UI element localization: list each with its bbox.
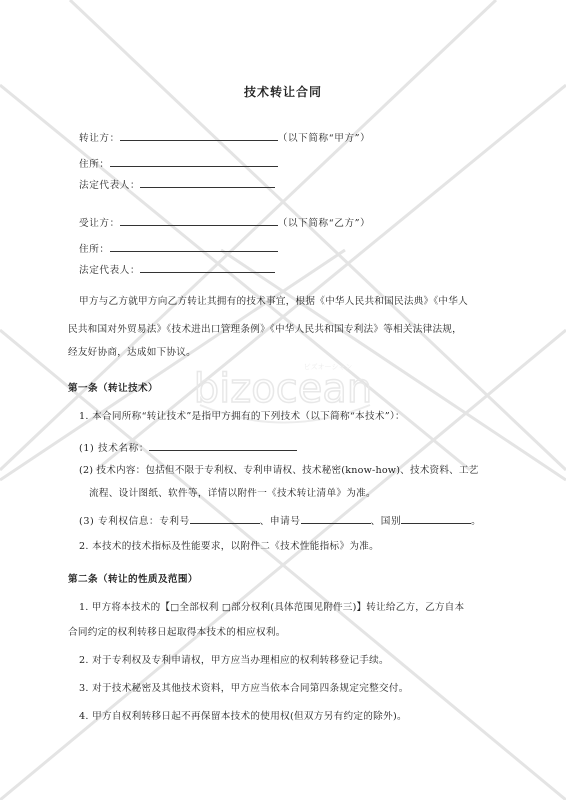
transferor-address-row: 住所： <box>79 156 278 171</box>
transferee-address-label: 住所： <box>79 244 110 255</box>
transferor-name-field[interactable] <box>120 130 278 141</box>
article-1-sub-2-line-2: 流程、设计图纸、软件等，详情以附件一《技术转让清单》为准。 <box>89 488 376 500</box>
document-title: 技术转让合同 <box>0 83 566 100</box>
transferor-party-suffix: （以下简称“甲方”） <box>278 133 371 144</box>
patent-number-field[interactable] <box>190 513 260 524</box>
article-1-sub-2-line-1: (2) 技术内容：包括但不限于专利权、专利申请权、技术秘密(know-how)、… <box>79 465 479 477</box>
article-1-heading: 第一条（转让技术） <box>68 383 158 395</box>
article-1-sub-3-prefix: (3) 专利权信息：专利号 <box>79 516 190 527</box>
article-1-sub-1-label: (1) 技术名称： <box>79 443 149 454</box>
transferee-rep-row: 法定代表人： <box>79 262 275 277</box>
transferee-rep-label: 法定代表人： <box>79 265 140 276</box>
article-1-sub-3-mid-2: 、国别 <box>371 516 402 527</box>
transferee-party-suffix: （以下简称“乙方”） <box>278 218 371 229</box>
transferor-address-label: 住所： <box>79 159 110 170</box>
article-2-item-4: 4. 甲方自权利转移日起不再保留本技术的使用权(但双方另有约定的除外)。 <box>79 711 407 723</box>
transferee-party-label: 受让方： <box>79 218 120 229</box>
transferor-party-label: 转让方： <box>79 133 120 144</box>
transferee-address-field[interactable] <box>110 241 278 252</box>
transferee-name-field[interactable] <box>120 215 278 226</box>
preamble-line-2: 民共和国对外贸易法》《技术进出口管理条例》《中华人民共和国专利法》等相关法律法规… <box>68 324 462 336</box>
document-page: 技术转让合同 转让方：（以下简称“甲方”） 住所： 法定代表人： 受让方：（以下… <box>0 0 566 800</box>
article-2-item-3: 3. 对于技术秘密及其他技术资料，甲方应当依本合同第四条规定完整交付。 <box>79 683 409 695</box>
article-1-sub-3-mid-1: 、申请号 <box>260 516 301 527</box>
article-1-item-2: 2. 本技术的技术指标及性能要求，以附件二《技术性能指标》为准。 <box>79 541 379 553</box>
preamble-line-1: 甲方与乙方就甲方向乙方转让其拥有的技术事宜，根据《中华人民共和国民法典》《中华人 <box>79 296 468 308</box>
transferor-party-row: 转让方：（以下简称“甲方”） <box>79 130 370 145</box>
technology-name-field[interactable] <box>149 440 297 451</box>
transferor-rep-row: 法定代表人： <box>79 177 275 192</box>
transferee-party-row: 受让方：（以下简称“乙方”） <box>79 215 370 230</box>
transferee-rep-field[interactable] <box>140 262 275 273</box>
article-1-sub-3-end: 。 <box>471 516 481 527</box>
article-2-item-1-line-2: 合同约定的权利转移日起取得本技术的相应权利。 <box>68 627 286 639</box>
article-2-item-1-line-1: 1. 甲方将本技术的【□全部权利 □部分权利(具体范围见附件三)】转让给乙方，乙… <box>79 602 464 614</box>
article-2-item-2: 2. 对于专利权及专利申请权，甲方应当办理相应的权利转移登记手续。 <box>79 655 389 667</box>
transferee-address-row: 住所： <box>79 241 278 256</box>
application-number-field[interactable] <box>301 513 371 524</box>
article-1-sub-3-row: (3) 专利权信息：专利号、申请号、国别。 <box>79 513 481 528</box>
article-1-sub-1-row: (1) 技术名称： <box>79 440 297 455</box>
country-field[interactable] <box>401 513 471 524</box>
article-2-heading: 第二条（转让的性质及范围） <box>68 574 198 586</box>
transferor-rep-field[interactable] <box>140 177 275 188</box>
transferor-rep-label: 法定代表人： <box>79 180 140 191</box>
preamble-line-3: 经友好协商，达成如下协议。 <box>68 347 196 359</box>
article-1-item-1: 1. 本合同所称“转让技术”是指甲方拥有的下列技术（以下简称“本技术”）： <box>79 411 405 423</box>
transferor-address-field[interactable] <box>110 156 278 167</box>
